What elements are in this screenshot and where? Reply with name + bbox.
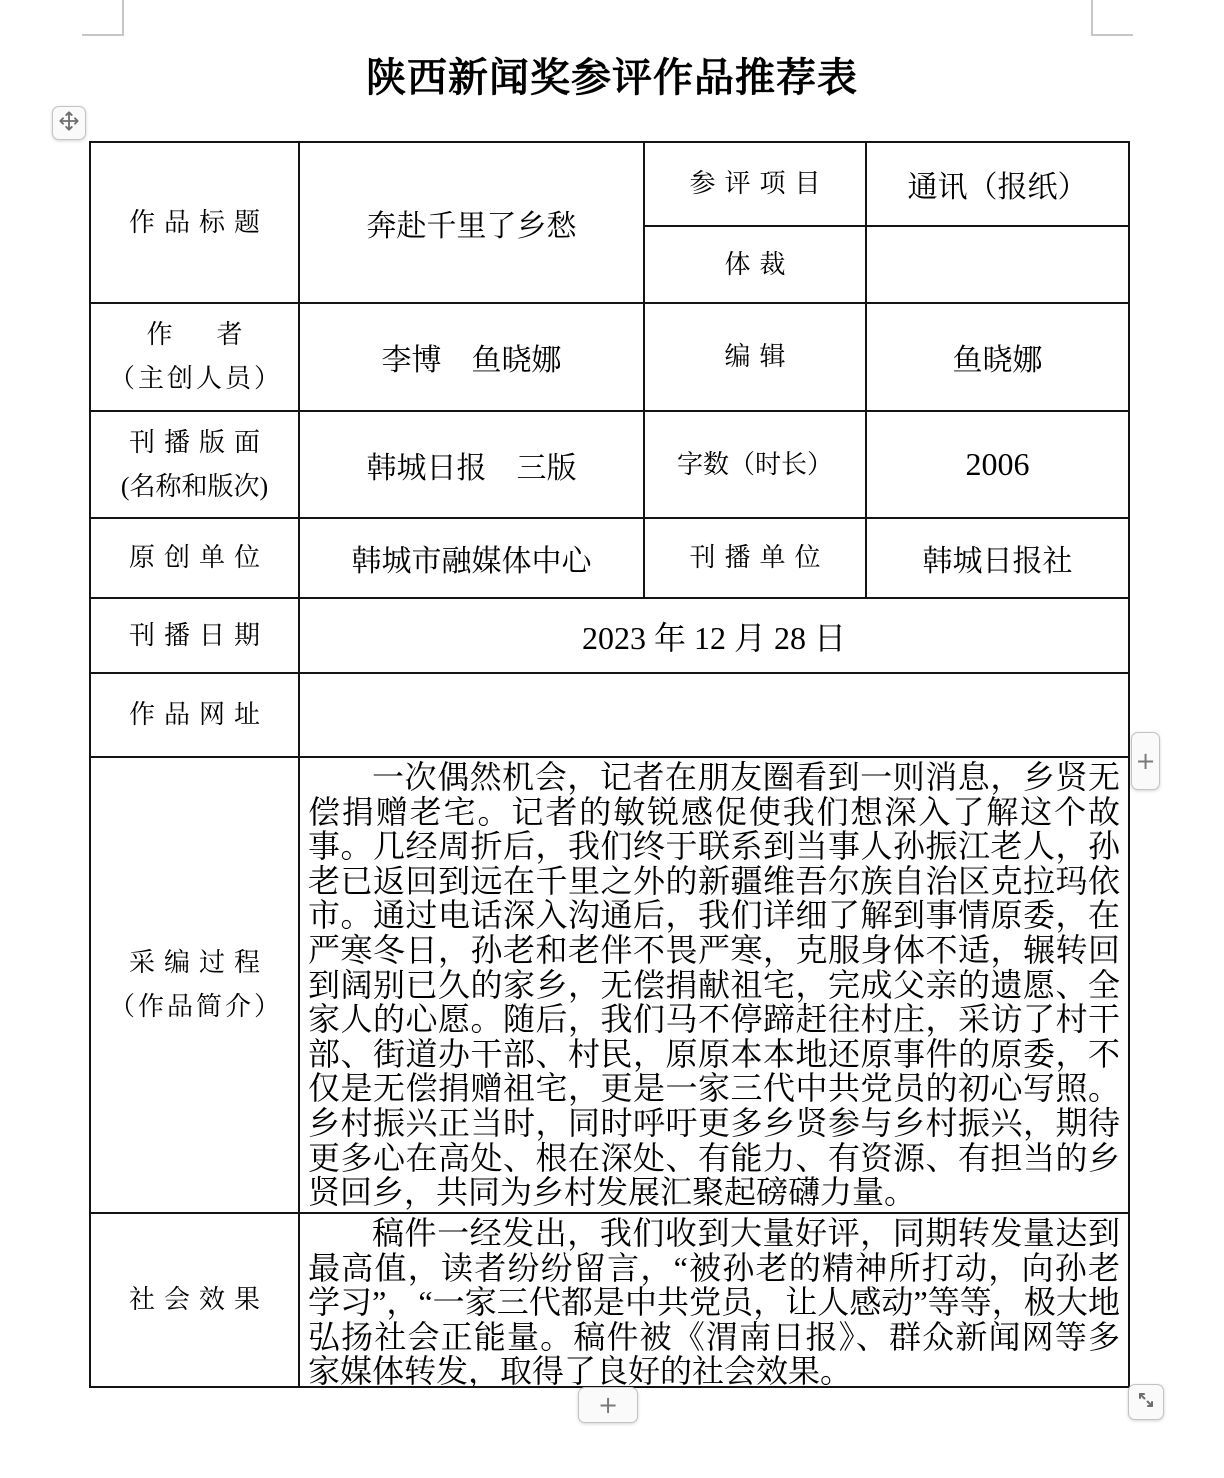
field-label-work-title[interactable]: 作品标题: [90, 142, 299, 303]
social-effect-text: 稿件一经发出，我们收到大量好评，同期转发量达到最高值，读者纷纷留言，“被孙老的精…: [308, 1216, 1120, 1386]
field-value-publish-date[interactable]: 2023 年 12 月 28 日: [299, 598, 1129, 673]
field-label-publish-page[interactable]: 刊播版面 (名称和版次): [90, 411, 299, 518]
field-label-publish-date[interactable]: 刊播日期: [90, 598, 299, 673]
table-row: 刊播版面 (名称和版次) 韩城日报 三版 字数（时长） 2006: [90, 411, 1129, 518]
table-row: 刊播日期 2023 年 12 月 28 日: [90, 598, 1129, 673]
text-boundary-mark-top-right: [1091, 0, 1093, 36]
field-label-word-count[interactable]: 字数（时长）: [644, 411, 866, 518]
plus-icon: +: [598, 1391, 618, 1419]
table-row: 作 者 （主创人员） 李博 鱼晓娜 编辑 鱼晓娜: [90, 303, 1129, 411]
recommendation-form-table: 作品标题 奔赴千里了乡愁 参评项目 通讯（报纸） 体裁 作 者 （主创人员） 李…: [89, 141, 1130, 1388]
field-value-editor[interactable]: 鱼晓娜: [866, 303, 1129, 411]
field-label-publish-unit[interactable]: 刊播单位: [644, 518, 866, 598]
field-value-work-title[interactable]: 奔赴千里了乡愁: [299, 142, 644, 303]
field-label-entry-category[interactable]: 参评项目: [644, 142, 866, 226]
field-value-word-count[interactable]: 2006: [866, 411, 1129, 518]
field-value-publish-unit[interactable]: 韩城日报社: [866, 518, 1129, 598]
table-row: 作品标题 奔赴千里了乡愁 参评项目 通讯（报纸）: [90, 142, 1129, 226]
editing-process-text: 一次偶然机会，记者在朋友圈看到一则消息，乡贤无偿捐赠老宅。记者的敏锐感促使我们想…: [308, 760, 1120, 1210]
text-boundary-mark-top-left: [82, 34, 124, 36]
page-title[interactable]: 陕西新闻奖参评作品推荐表: [0, 46, 1224, 103]
field-value-work-url[interactable]: [299, 673, 1129, 757]
field-label-work-url[interactable]: 作品网址: [90, 673, 299, 757]
table-row: 采编过程 （作品简介） 一次偶然机会，记者在朋友圈看到一则消息，乡贤无偿捐赠老宅…: [90, 757, 1129, 1213]
field-label-editing-process[interactable]: 采编过程 （作品简介）: [90, 757, 299, 1213]
field-value-editing-process[interactable]: 一次偶然机会，记者在朋友圈看到一则消息，乡贤无偿捐赠老宅。记者的敏锐感促使我们想…: [299, 757, 1129, 1213]
table-move-handle[interactable]: [52, 106, 86, 140]
field-value-genre[interactable]: [866, 226, 1129, 303]
field-label-author[interactable]: 作 者 （主创人员）: [90, 303, 299, 411]
field-label-social-effect[interactable]: 社会效果: [90, 1213, 299, 1387]
resize-diagonal-icon: [1134, 1388, 1158, 1417]
text-boundary-mark-top-left: [122, 0, 124, 36]
table-row: 社会效果 稿件一经发出，我们收到大量好评，同期转发量达到最高值，读者纷纷留言，“…: [90, 1213, 1129, 1387]
field-value-publish-page[interactable]: 韩城日报 三版: [299, 411, 644, 518]
field-value-origin-unit[interactable]: 韩城市融媒体中心: [299, 518, 644, 598]
table-row: 作品网址: [90, 673, 1129, 757]
insert-row-button-bottom[interactable]: +: [578, 1387, 638, 1423]
field-value-social-effect[interactable]: 稿件一经发出，我们收到大量好评，同期转发量达到最高值，读者纷纷留言，“被孙老的精…: [299, 1213, 1129, 1387]
document-canvas: 陕西新闻奖参评作品推荐表 作品标题 奔赴千里了乡愁 参评项目 通讯（报纸） 体裁…: [0, 0, 1224, 1478]
field-label-origin-unit[interactable]: 原创单位: [90, 518, 299, 598]
table-row: 原创单位 韩城市融媒体中心 刊播单位 韩城日报社: [90, 518, 1129, 598]
table-resize-handle[interactable]: [1128, 1384, 1164, 1420]
text-boundary-mark-top-right: [1091, 34, 1133, 36]
field-value-entry-category[interactable]: 通讯（报纸）: [866, 142, 1129, 226]
plus-icon: +: [1135, 747, 1155, 775]
field-value-author[interactable]: 李博 鱼晓娜: [299, 303, 644, 411]
insert-row-button-right[interactable]: +: [1131, 732, 1160, 790]
field-label-genre[interactable]: 体裁: [644, 226, 866, 303]
move-icon: [58, 110, 80, 137]
field-label-editor[interactable]: 编辑: [644, 303, 866, 411]
